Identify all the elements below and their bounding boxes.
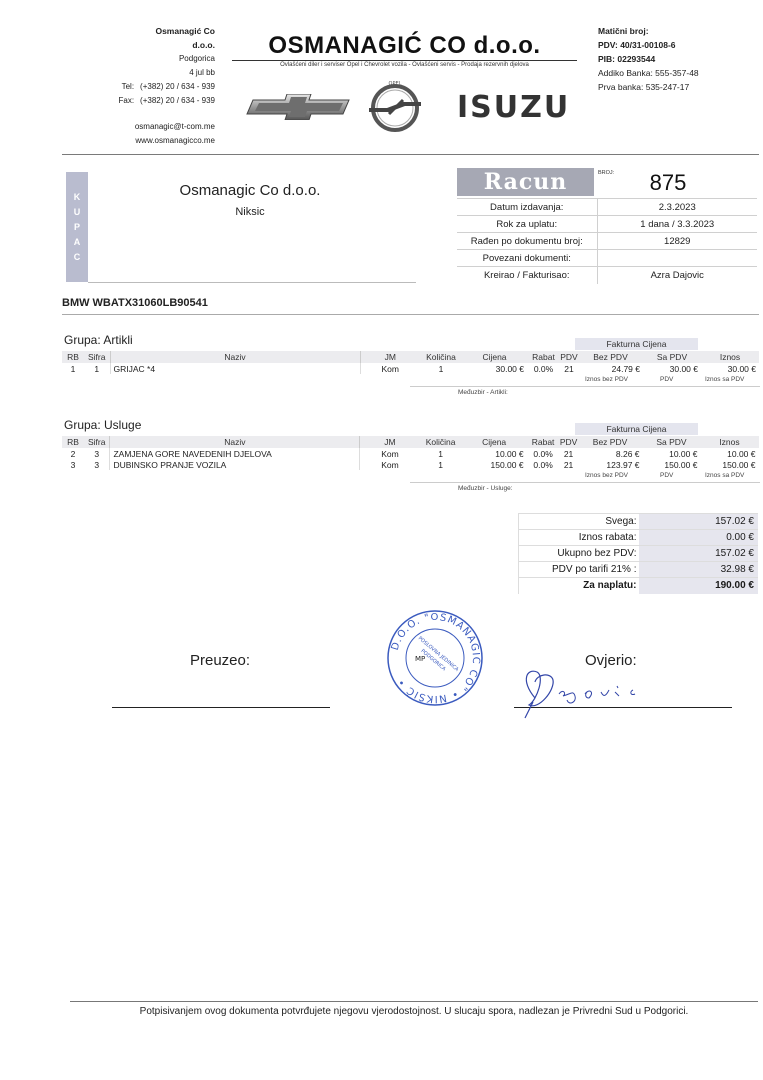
column-header-bez_pdv: Bez PDV (578, 351, 643, 363)
subtotal-label: Međuzbir - Artikli: (458, 389, 508, 396)
band-letter: K (74, 192, 81, 202)
subtotal-label-pdv: PDV (660, 376, 673, 383)
column-header-cijena: Cijena (462, 351, 527, 363)
company-info-left: Osmanagić Co d.o.o. Podgorica 4 jul bb T… (60, 24, 215, 148)
group-title: Grupa: Usluge (64, 418, 141, 432)
cell-iznos: 10.00 € (700, 448, 758, 459)
totals-row: Iznos rabata:0.00 € (519, 530, 759, 546)
totals-label: Iznos rabata: (519, 530, 639, 546)
field-label: Rađen po dokumentu broj: (457, 233, 597, 250)
column-header-cijena: Cijena (462, 436, 527, 448)
subtotal-label: Međuzbir - Usluge: (458, 485, 513, 492)
cell-rabat: 0.0% (527, 448, 560, 459)
fax-value: (+382) 20 / 634 - 939 (140, 94, 215, 108)
column-header-kolicina: Količina (420, 351, 462, 363)
totals-row: PDV po tarifi 21% :32.98 € (519, 562, 759, 578)
invoice-field-row: Datum izdavanja:2.3.2023 (457, 199, 757, 216)
totals-value: 157.02 € (639, 546, 759, 562)
totals-label: Za naplatu: (519, 578, 639, 594)
subtotal-rule (410, 386, 760, 387)
column-header-jm: JM (360, 436, 420, 448)
cell-naziv: GRIJAC *4 (110, 363, 360, 374)
company-name-line1: Osmanagić Co (60, 24, 215, 38)
column-header-iznos: Iznos (701, 351, 759, 363)
totals-value: 157.02 € (639, 514, 759, 530)
column-header-pdv: PDV (560, 351, 578, 363)
cell-bez_pdv: 24.79 € (578, 363, 643, 374)
pib-number: PIB: 02293544 (598, 52, 699, 66)
subtotal-label-pdv: PDV (660, 472, 673, 479)
totals-label: PDV po tarifi 21% : (519, 562, 639, 578)
fakturna-cijena-header: Fakturna Cijena (575, 423, 698, 435)
column-header-rabat: Rabat (527, 436, 560, 448)
cell-cijena: 10.00 € (462, 448, 527, 459)
items-table: RBSifraNazivJMKoličinaCijenaRabatPDVBez … (62, 351, 759, 374)
cell-naziv: DUBINSKO PRANJE VOZILA (110, 459, 360, 470)
pdv-number: PDV: 40/31-00108-6 (598, 38, 699, 52)
table-header-row: RBSifraNazivJMKoličinaCijenaRabatPDVBez … (62, 436, 759, 448)
invoice-number: 875 (598, 168, 738, 198)
prva-account: Prva banka: 535-247-17 (598, 80, 699, 94)
column-header-rabat: Rabat (527, 351, 560, 363)
cell-jm: Kom (360, 459, 420, 470)
company-address: 4 jul bb (60, 66, 215, 80)
subtotal-label-sa: Iznos sa PDV (705, 376, 744, 383)
cell-sifra: 3 (84, 459, 110, 470)
column-header-sa_pdv: Sa PDV (643, 436, 701, 448)
company-email[interactable]: osmanagic@t-com.me (60, 120, 215, 134)
vehicle-id: BMW WBATX31060LB90541 (62, 297, 208, 309)
buyer-bottom-rule (88, 282, 416, 283)
totals-value: 32.98 € (639, 562, 759, 578)
subtotal-label-sa: Iznos sa PDV (705, 472, 744, 479)
cell-pdv: 21 (560, 363, 578, 374)
company-title: OSMANAGIĆ CO d.o.o. (232, 33, 577, 59)
tel-label: Tel: (122, 80, 134, 94)
received-label: Preuzeo: (190, 652, 250, 669)
cell-sa_pdv: 150.00 € (643, 459, 701, 470)
band-letter: A (74, 237, 81, 247)
cell-bez_pdv: 8.26 € (578, 448, 643, 459)
cell-rb: 2 (62, 448, 84, 459)
brand-logos: OPEL ISUZU (245, 76, 575, 136)
tel-value: (+382) 20 / 634 - 939 (140, 80, 215, 94)
field-value (597, 250, 757, 267)
cell-pdv: 21 (560, 448, 578, 459)
buyer-name: Osmanagic Co d.o.o. (100, 182, 400, 199)
company-tagline: Ovlašćeni diler i serviser Opel i Chevro… (232, 62, 577, 68)
invoice-field-row: Povezani dokumenti: (457, 250, 757, 267)
column-header-pdv: PDV (560, 436, 578, 448)
cell-sa_pdv: 30.00 € (643, 363, 701, 374)
subtotal-rule (410, 482, 760, 483)
signature-icon (515, 660, 675, 720)
cell-rb: 3 (62, 459, 84, 470)
field-label: Datum izdavanja: (457, 199, 597, 216)
header-divider (62, 154, 759, 155)
totals-row: Ukupno bez PDV:157.02 € (519, 546, 759, 562)
cell-pdv: 21 (560, 459, 578, 470)
cell-sa_pdv: 10.00 € (643, 448, 701, 459)
column-header-kolicina: Količina (420, 436, 462, 448)
received-signature-line (112, 707, 330, 708)
cell-naziv: ZAMJENA GORE NAVEDENIH DJELOVA (110, 448, 360, 459)
field-label: Kreirao / Fakturisao: (457, 267, 597, 284)
band-letter: U (74, 207, 81, 217)
cell-kolicina: 1 (420, 459, 462, 470)
cell-rb: 1 (62, 363, 84, 374)
column-header-iznos: Iznos (700, 436, 758, 448)
cell-rabat: 0.0% (527, 459, 560, 470)
isuzu-logo: ISUZU (457, 90, 570, 125)
band-letter: P (74, 222, 80, 232)
svg-text:MP: MP (415, 655, 425, 663)
column-header-jm: JM (360, 351, 420, 363)
totals-table: Svega:157.02 €Iznos rabata:0.00 €Ukupno … (518, 513, 758, 594)
cell-cijena: 30.00 € (462, 363, 527, 374)
invoice-details: Datum izdavanja:2.3.2023 Rok za uplatu:1… (457, 198, 757, 284)
subtotal-label-bez: Iznos bez PDV (585, 472, 628, 479)
field-value: 1 dana / 3.3.2023 (597, 216, 757, 233)
footer-disclaimer: Potpisivanjem ovog dokumenta potvrđujete… (70, 1006, 758, 1017)
title-rule (232, 60, 577, 61)
invoice-title: Racun (457, 168, 594, 196)
company-name-line2: d.o.o. (60, 38, 215, 52)
cell-iznos: 150.00 € (700, 459, 758, 470)
totals-label: Svega: (519, 514, 639, 530)
subtotal-label-bez: Iznos bez PDV (585, 376, 628, 383)
band-letter: C (74, 252, 81, 262)
items-table: RBSifraNazivJMKoličinaCijenaRabatPDVBez … (62, 436, 759, 470)
cell-cijena: 150.00 € (462, 459, 527, 470)
cell-rabat: 0.0% (527, 363, 560, 374)
table-row: 23ZAMJENA GORE NAVEDENIH DJELOVAKom110.0… (62, 448, 759, 459)
company-city: Podgorica (60, 52, 215, 66)
company-website[interactable]: www.osmanagicco.me (60, 134, 215, 148)
cell-jm: Kom (360, 448, 420, 459)
column-header-naziv: Naziv (110, 351, 360, 363)
cell-bez_pdv: 123.97 € (578, 459, 643, 470)
cell-kolicina: 1 (420, 448, 462, 459)
table-row: 11GRIJAC *4Kom130.00 €0.0%2124.79 €30.00… (62, 363, 759, 374)
table-header-row: RBSifraNazivJMKoličinaCijenaRabatPDVBez … (62, 351, 759, 363)
company-fax: Fax:(+382) 20 / 634 - 939 (60, 94, 215, 108)
cell-jm: Kom (360, 363, 420, 374)
column-header-sifra: Sifra (84, 351, 110, 363)
company-stamp-icon: D.O.O. "OSMANAGIĆ CO" • NIKŠIĆ • POSLOVN… (385, 608, 485, 708)
field-label: Rok za uplatu: (457, 216, 597, 233)
table-row: 33DUBINSKO PRANJE VOZILAKom1150.00 €0.0%… (62, 459, 759, 470)
invoice-field-row: Rađen po dokumentu broj:12829 (457, 233, 757, 250)
cell-iznos: 30.00 € (701, 363, 759, 374)
svg-text:OPEL: OPEL (389, 81, 402, 87)
totals-row: Za naplatu:190.00 € (519, 578, 759, 594)
footer-rule (70, 1001, 758, 1002)
totals-value: 0.00 € (639, 530, 759, 546)
totals-value: 190.00 € (639, 578, 759, 594)
column-header-bez_pdv: Bez PDV (578, 436, 643, 448)
totals-label: Ukupno bez PDV: (519, 546, 639, 562)
field-value: 2.3.2023 (597, 199, 757, 216)
buyer-city: Niksic (100, 206, 400, 218)
chevrolet-logo-icon (245, 94, 353, 120)
invoice-field-row: Kreirao / Fakturisao:Azra Dajovic (457, 267, 757, 284)
company-info-right: Matični broj: PDV: 40/31-00108-6 PIB: 02… (598, 24, 699, 94)
buyer-band: K U P A C (66, 172, 88, 282)
company-header: OSMANAGIĆ CO d.o.o. Ovlašćeni diler i se… (232, 33, 577, 68)
group-title: Grupa: Artikli (64, 333, 133, 347)
fakturna-cijena-header: Fakturna Cijena (575, 338, 698, 350)
column-header-rb: RB (62, 436, 84, 448)
column-header-rb: RB (62, 351, 84, 363)
fax-label: Fax: (118, 94, 134, 108)
cell-sifra: 3 (84, 448, 110, 459)
column-header-sa_pdv: Sa PDV (643, 351, 701, 363)
cell-sifra: 1 (84, 363, 110, 374)
company-tel: Tel:(+382) 20 / 634 - 939 (60, 80, 215, 94)
invoice-field-row: Rok za uplatu:1 dana / 3.3.2023 (457, 216, 757, 233)
opel-logo-icon: OPEL (365, 78, 425, 134)
field-value: Azra Dajovic (597, 267, 757, 284)
addiko-account: Addiko Banka: 555-357-48 (598, 66, 699, 80)
column-header-sifra: Sifra (84, 436, 110, 448)
column-header-naziv: Naziv (110, 436, 360, 448)
totals-row: Svega:157.02 € (519, 514, 759, 530)
field-label: Povezani dokumenti: (457, 250, 597, 267)
maticni-broj: Matični broj: (598, 24, 699, 38)
vehicle-rule (62, 314, 759, 315)
cell-kolicina: 1 (420, 363, 462, 374)
field-value: 12829 (597, 233, 757, 250)
